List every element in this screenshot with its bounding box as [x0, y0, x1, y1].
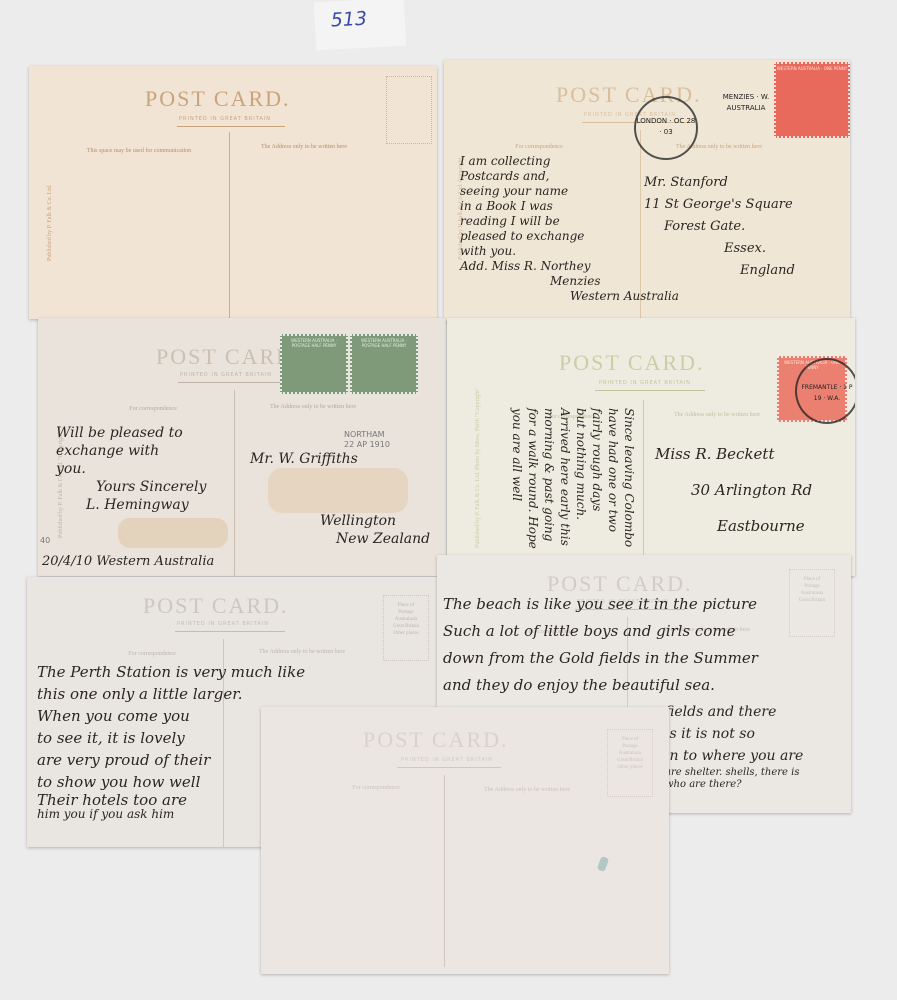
stamp-box [386, 76, 432, 144]
card-subtitle: PRINTED IN GREAT BRITAIN [401, 757, 493, 763]
postcard-4: POST CARD. PRINTED IN GREAT BRITAIN For … [447, 318, 855, 576]
message-hint: This space may be used for communication [69, 148, 209, 154]
card-subtitle: PRINTED IN GREAT BRITAIN [599, 380, 691, 386]
center-divider [229, 132, 230, 319]
publisher-line: Published by P. Falk & Co. Ltd. [47, 184, 53, 261]
message-hint: For correspondence [484, 144, 594, 150]
title-rule [595, 390, 705, 391]
handwritten-message: The beach is like you see it in the pict… [443, 591, 758, 699]
stain [118, 518, 228, 548]
corner-note: 40 [40, 536, 50, 545]
postcard-7: POST CARD. PRINTED IN GREAT BRITAIN For … [261, 707, 669, 974]
date-line: 20/4/10 Western Australia [42, 554, 214, 569]
message-hint: For correspondence [97, 651, 207, 657]
handwritten-message: Will be pleased to exchange with you. Yo… [56, 424, 206, 514]
address-hint: The Address only to be written here [467, 787, 587, 793]
card-title: POST CARD. [145, 86, 291, 112]
card-title: POST CARD. [363, 727, 509, 753]
postcard-1: POST CARD. PRINTED IN GREAT BRITAIN This… [29, 66, 437, 319]
card-title: POST CARD. [559, 350, 705, 376]
card-subtitle: PRINTED IN GREAT BRITAIN [179, 116, 271, 122]
stamp-box: Place ofPostageAustralasiaGreat Britain [789, 569, 835, 637]
title-rule [397, 767, 501, 768]
handwritten-address: Mr. Stanford 11 St George's Square Fores… [644, 172, 795, 282]
stamp-box: Place ofPostageAustralasiaGreat BritainO… [607, 729, 653, 797]
card-subtitle: PRINTED IN GREAT BRITAIN [177, 621, 269, 627]
title-rule [175, 631, 285, 632]
title-rule [177, 126, 285, 127]
address-hint: The Address only to be written here [242, 649, 362, 655]
postmark-menzies: MENZIES · W. AUSTRALIA [712, 66, 780, 134]
pencil-note-northam: NORTHAM22 AP 1910 [344, 430, 390, 450]
address-hint: The Address only to be written here [258, 404, 368, 410]
message-hint: For correspondence [331, 785, 421, 791]
handwritten-message-continued: fields and there is it is not so in to w… [665, 701, 803, 791]
handwritten-message-vertical: Since leaving Colombo have had one or tw… [509, 408, 637, 549]
stamp-red-one-penny: WESTERN AUSTRALIA · ONE PENNY [774, 62, 850, 138]
address-hint: The Address only to be written here [657, 412, 777, 418]
postmark-london: LONDON · OC 28 · 03 [634, 96, 698, 160]
lot-number-label: 513 [314, 0, 406, 50]
postmark-fremantle: FREMANTLE · 1 P 19 · W.A. [795, 358, 855, 424]
center-divider [444, 775, 445, 967]
handwritten-address: Mr. W. Griffiths Wellington New Zealand [250, 450, 430, 548]
title-rule [178, 382, 288, 383]
postcard-3: POST CARD. PRINTED IN GREAT BRITAIN For … [38, 318, 446, 576]
ink-mark [597, 856, 609, 872]
card-title: POST CARD. [143, 593, 289, 619]
center-divider [234, 390, 235, 576]
stamp-green-half-penny: WESTERN AUSTRALIA · POSTAGE HALF PENNY [280, 334, 348, 394]
publisher-line: Published by P. Falk & Co. Ltd. Photo by… [475, 388, 481, 548]
postcard-2: POST CARD. PRINTED IN GREAT BRITAIN For … [444, 60, 850, 322]
stamp-green-half-penny: WESTERN AUSTRALIA · POSTAGE HALF PENNY [350, 334, 418, 394]
lot-number: 513 [330, 8, 367, 32]
address-hint: The Address only to be written here [249, 144, 359, 150]
card-subtitle: PRINTED IN GREAT BRITAIN [180, 372, 272, 378]
message-hint: For correspondence [98, 406, 208, 412]
stamp-box: Place ofPostageAustralasiaGreat BritainO… [383, 595, 429, 661]
